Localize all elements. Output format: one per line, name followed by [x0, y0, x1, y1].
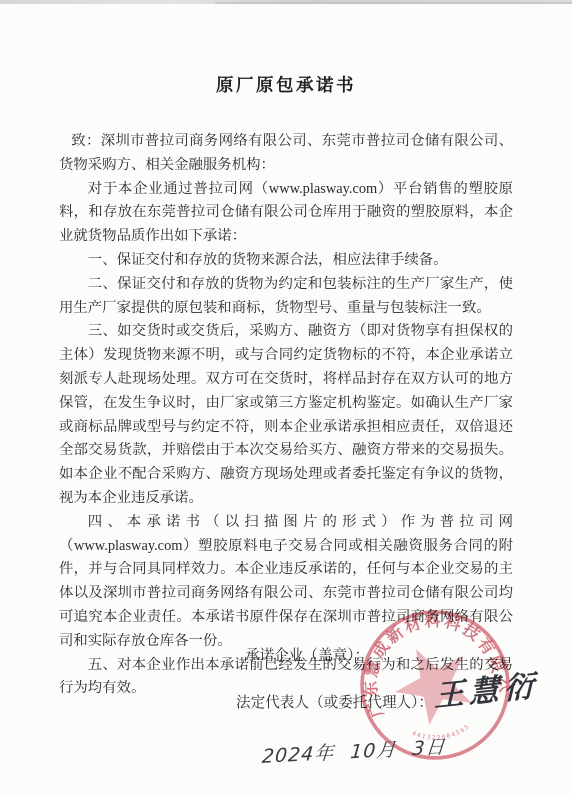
document-title: 原厂原包承诺书 — [59, 72, 513, 97]
scanned-commitment-letter: 原厂原包承诺书 致：深圳市普拉司商务网络有限公司、东莞市普拉司仓储有限公司、货物… — [0, 0, 572, 796]
recipient-line: 致：深圳市普拉司商务网络有限公司、东莞市普拉司仓储有限公司、货物采购方、相关金融… — [59, 130, 513, 178]
scan-edge-shadow — [215, 2, 572, 4]
clause-3: 三、如交货时或交货后，采购方、融资方（即对货物享有担保权的主体）发现货物来源不明… — [59, 320, 513, 510]
handwritten-signature: 王慧衍 — [434, 660, 538, 715]
clause-1: 一、保证交付和存放的货物来源合法，相应法律手续备。 — [59, 249, 513, 273]
clause-2: 二、保证交付和存放的货物为约定和包装标注的生产厂家生产，使用生产厂家提供的原包装… — [59, 273, 513, 321]
intro-paragraph: 对于本企业通过普拉司网（www.plasway.com）平台销售的塑胶原料，和存… — [59, 178, 513, 249]
